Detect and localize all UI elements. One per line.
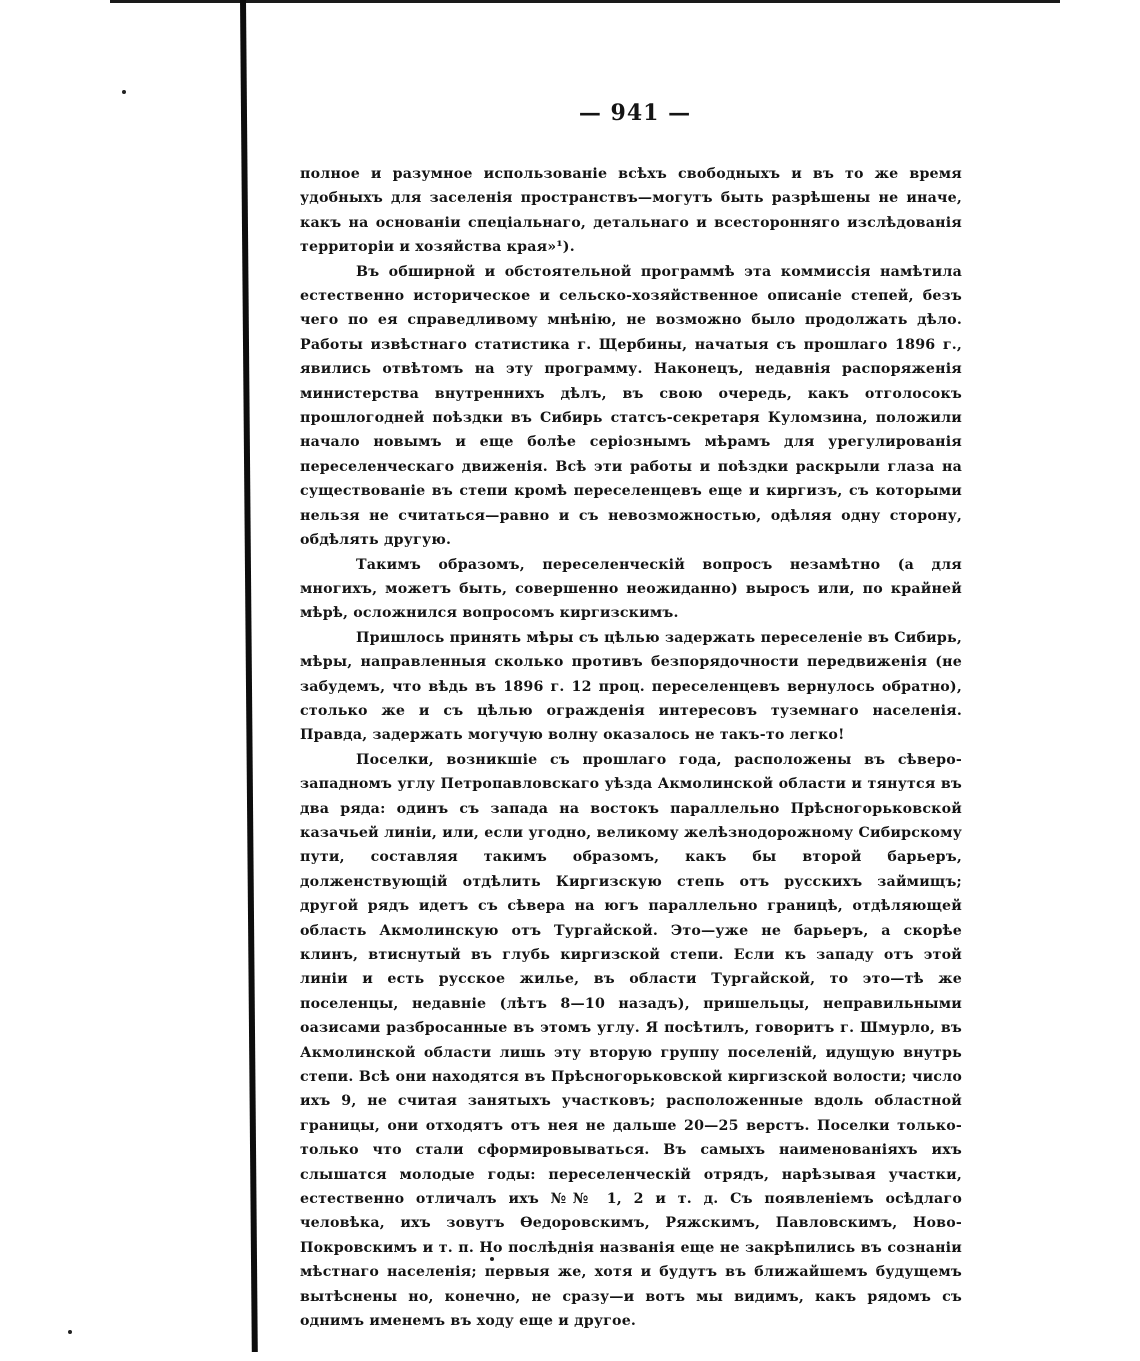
binding-edge-line xyxy=(240,0,258,1352)
paragraph-measures: Пришлось принять мѣры съ цѣлью задержать… xyxy=(300,626,962,748)
page-body-text: полное и разумное использованіе всѣхъ св… xyxy=(300,162,962,1334)
scan-speck xyxy=(122,90,126,94)
paragraph-settlements: Поселки, возникшіе съ прошлаго года, рас… xyxy=(300,748,962,1334)
paragraph-commission-program: Въ обширной и обстоятельной программѣ эт… xyxy=(300,260,962,553)
scan-speck xyxy=(68,1330,72,1334)
paragraph-continuation: полное и разумное использованіе всѣхъ св… xyxy=(300,162,962,260)
paragraph-kirghiz-question: Такимъ образомъ, переселенческій вопросъ… xyxy=(300,553,962,626)
page-top-edge xyxy=(110,0,1060,3)
page-number: — 941 — xyxy=(0,100,1140,126)
